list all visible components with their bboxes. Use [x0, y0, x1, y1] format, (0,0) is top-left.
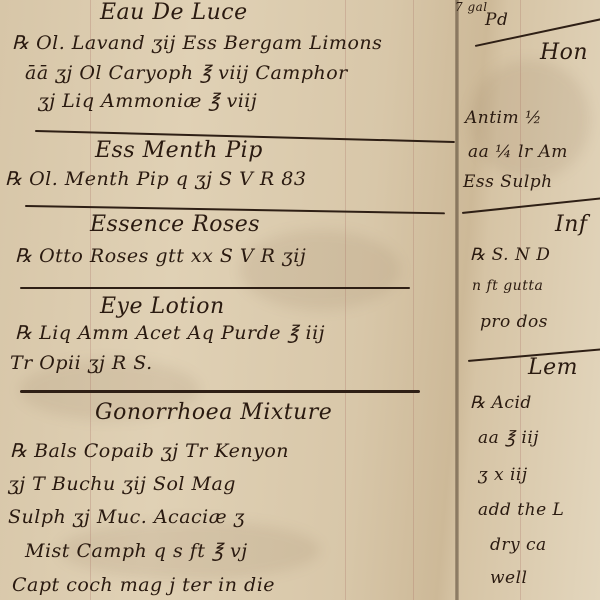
right-fragment: Lem	[528, 355, 578, 380]
recipe-line: ℞ Liq Amm Acet Aq Purde ℥ iij	[15, 322, 325, 344]
right-fragment: Pd	[485, 10, 508, 30]
recipe-title: Ess Menth Pip	[95, 138, 263, 163]
right-fragment: pro dos	[480, 312, 548, 332]
recipe-line: āā ʒj Ol Caryoph ℥ viij Camphor	[25, 62, 348, 84]
right-fragment: add the L	[478, 500, 564, 520]
book-gutter	[455, 0, 459, 600]
right-fragment: Antim ½	[465, 108, 542, 128]
right-fragment: dry ca	[490, 535, 547, 555]
recipe-title: Gonorrhoea Mixture	[95, 400, 332, 425]
right-fragment: n ft gutta	[472, 278, 543, 294]
recipe-divider	[20, 390, 420, 393]
paper-stain	[240, 230, 400, 310]
recipe-line: Capt coch mag j ter in die	[12, 574, 275, 596]
handwritten-recipe-book-photo: Eau De Luce ℞ Ol. Lavand ʒij Ess Bergam …	[0, 0, 600, 600]
recipe-line: ℞ Ol. Menth Pip q ʒj S V R 83	[5, 168, 306, 190]
right-fragment: well	[490, 568, 528, 588]
recipe-line: ℞ Bals Copaib ʒj Tr Kenyon	[10, 440, 289, 462]
recipe-line: ʒj T Buchu ʒij Sol Mag	[8, 473, 236, 495]
right-fragment: ℞ S. N D	[470, 245, 550, 265]
right-fragment: aa ¼ lr Am	[468, 142, 568, 162]
recipe-line: Tr Opii ʒj R S.	[10, 352, 153, 374]
right-fragment: 7 gal	[455, 0, 488, 14]
recipe-title: Eau De Luce	[100, 0, 248, 25]
recipe-line: ʒj Liq Ammoniæ ℥ viij	[38, 90, 257, 112]
column-rule	[345, 0, 346, 600]
recipe-line: ℞ Ol. Lavand ʒij Ess Bergam Limons	[12, 32, 382, 54]
right-fragment: Hon	[540, 40, 588, 65]
right-fragment: aa ℥ iij	[478, 428, 539, 448]
recipe-line: Mist Camph q s ft ℥ vj	[25, 540, 248, 562]
right-fragment: ʒ x iij	[478, 465, 528, 485]
recipe-line: Sulph ʒj Muc. Acaciæ ʒ	[8, 506, 245, 528]
right-fragment: Inf	[555, 212, 588, 237]
recipe-divider	[20, 287, 410, 289]
right-fragment: Ess Sulph	[463, 172, 553, 192]
right-fragment: ℞ Acid	[470, 393, 532, 413]
recipe-title: Essence Roses	[90, 212, 260, 237]
recipe-title: Eye Lotion	[100, 294, 225, 319]
column-rule	[413, 0, 414, 600]
recipe-line: ℞ Otto Roses gtt xx S V R ʒij	[15, 245, 306, 267]
